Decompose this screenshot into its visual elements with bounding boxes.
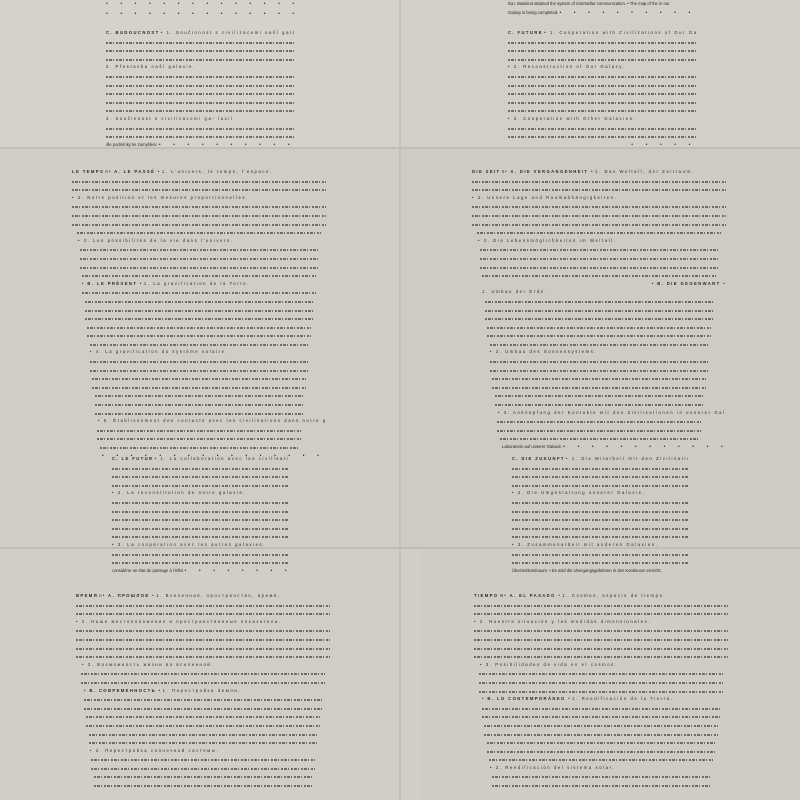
- subheading: • 2. Notre position et les mesures propo…: [72, 195, 249, 200]
- text-line: [87, 323, 311, 332]
- subheading: • 1. Die Mitarbeit mit den Zivilisatione…: [566, 456, 688, 461]
- text-line: [72, 185, 326, 194]
- text-line: [80, 263, 319, 272]
- text-line: tion. Mankind attained the system of int…: [508, 0, 696, 9]
- text-line: [484, 721, 718, 730]
- text-line: [474, 601, 728, 610]
- text-line: [472, 185, 726, 194]
- text-line: [485, 297, 714, 306]
- text-line: [508, 124, 696, 133]
- text-line: [508, 72, 696, 81]
- czech-section: • • • • • • • • • • • • • • • • • • • • …: [106, 0, 294, 19]
- text-line: [508, 106, 696, 115]
- fold-line-vertical: [399, 0, 401, 800]
- text-line: [112, 472, 288, 481]
- text-line: [512, 524, 688, 533]
- text-line: [90, 340, 308, 349]
- english-section: tion. Mankind attained the system of int…: [508, 0, 696, 17]
- text-line: [497, 417, 700, 426]
- text-line: [76, 626, 330, 635]
- text-line: [106, 132, 294, 141]
- text-line: [487, 747, 716, 756]
- text-line: [112, 558, 288, 567]
- subheading: • 3. Les possibilités de la vie dans l'u…: [78, 238, 233, 243]
- subheading: • 1. La collaboration avec les civilisat…: [155, 456, 288, 461]
- roman-numeral: II: [502, 169, 504, 174]
- text-line: [95, 409, 303, 418]
- text-line: [91, 755, 315, 764]
- text-line: [512, 498, 688, 507]
- text-line: [492, 374, 705, 383]
- subheading: • 2. Перестройка солнечной системы.: [90, 748, 219, 753]
- text-line: [76, 609, 330, 618]
- section-heading: C. LE FUTUR: [112, 456, 153, 461]
- text-line: [81, 669, 325, 678]
- text-line: [472, 177, 726, 186]
- text-line: [95, 391, 303, 400]
- text-line: [474, 609, 728, 618]
- last-line: considérer un état de passage à l'infini: [112, 568, 183, 573]
- subheading: 1. Перестройка Земли.: [163, 688, 241, 693]
- text-line: [77, 228, 321, 237]
- text-line: [490, 366, 708, 375]
- text-line: [112, 532, 288, 541]
- text-line: [76, 635, 330, 644]
- text-line: [112, 550, 288, 559]
- text-line: [479, 678, 723, 687]
- subheading: • 3. Anknüpfung der Kontakte mit den Ziv…: [498, 410, 726, 415]
- text-line: [512, 550, 688, 559]
- last-line: dle podmínky ke zamyšlení.: [106, 142, 158, 147]
- text-line: [106, 124, 294, 133]
- text-line: [86, 721, 320, 730]
- end-dots: • • • • •: [631, 141, 696, 150]
- subheading: • 1. Cooperation with Civilizations of O…: [544, 30, 696, 35]
- text-line: [90, 366, 308, 375]
- subheading: • 4. La gravification du système solaire…: [90, 349, 228, 354]
- text-line: [84, 704, 323, 713]
- text-line: [97, 426, 300, 435]
- text-line: [508, 132, 696, 141]
- text-line: [512, 515, 688, 524]
- text-line: [480, 245, 719, 254]
- text-line: [508, 98, 696, 107]
- text-line: [472, 211, 726, 220]
- text-line: [82, 271, 316, 280]
- text-line: [106, 38, 294, 47]
- subheading: 1. Umbau der Erde.: [482, 289, 547, 294]
- text-line: [512, 507, 688, 516]
- text-line: [495, 391, 703, 400]
- end-dots: • • • • • • • • • •: [185, 568, 288, 574]
- text-line: [479, 669, 723, 678]
- subheading: • A. EL PASADO •: [504, 593, 561, 598]
- subheading: 1. Das Weltall, der Zeitraum.: [595, 169, 694, 174]
- section-heading: ВРЕМЯ: [76, 593, 98, 598]
- subheading: • 2. Nuestra situación y las medidas dim…: [474, 619, 651, 624]
- subheading: • A. LE PASSÉ •: [109, 169, 161, 174]
- subheading: 2. Přestavba naší galaxie.: [106, 64, 196, 69]
- text-line: [89, 738, 318, 747]
- german-section: DIE ZEIT II • A. DIE VERGANGENHEIT • 1. …: [472, 168, 726, 452]
- section-heading: LE TEMPS: [72, 169, 104, 174]
- text-line: [72, 220, 326, 229]
- subheading: 1. Cosmos, espacio de tiempo.: [562, 593, 666, 598]
- text-line: [84, 695, 323, 704]
- text-line: [112, 515, 288, 524]
- subheading: • 3. Возможность жизни во вселенной.: [82, 662, 214, 667]
- subheading: • 2. Unsere Lage und Raumabhängigkeiten.: [472, 195, 617, 200]
- text-line: [106, 81, 294, 90]
- text-line: [492, 383, 705, 392]
- text-line: [497, 426, 700, 435]
- text-line: [94, 772, 312, 781]
- text-line: [76, 601, 330, 610]
- text-line: [82, 288, 316, 297]
- end-dots: • • • • • • • • • • • • • •: [559, 10, 696, 16]
- text-line: [472, 220, 726, 229]
- text-line: [512, 472, 688, 481]
- end-dots: • • • • • • • • • • • • • •: [563, 444, 726, 450]
- text-line: [474, 644, 728, 653]
- text-line: [91, 764, 315, 773]
- text-line: [490, 357, 708, 366]
- subheading: • 3. Posibilidades de vida en el cosmos.: [480, 662, 618, 667]
- text-line: [106, 106, 294, 115]
- text-line: [482, 271, 716, 280]
- text-line: [106, 72, 294, 81]
- subheading: • 2. Die Umgestaltung unserer Galaxie.: [512, 490, 645, 495]
- text-line: [95, 400, 303, 409]
- text-line: [97, 434, 300, 443]
- last-line: Überzeitkontinuum. • Es wird die Ubergan…: [512, 567, 688, 576]
- section-heading: C. FUTURE: [508, 30, 543, 35]
- french-section: LE TEMPS II • A. LE PASSÉ • 1. L'univers…: [72, 168, 326, 460]
- subheading: • B. DIE GEGENWART •: [652, 281, 726, 286]
- subheading: • 2. Reconstruction of Our Galaxy.: [508, 64, 625, 69]
- subheading: • 3. Cooperation with Other Galaxies.: [508, 116, 636, 121]
- subheading: • 2. Umbau des Sonnensystems.: [490, 349, 597, 354]
- text-line: [76, 652, 330, 661]
- subheading: 3. Součinnost s civilizacemi ga- laxií.: [106, 116, 236, 121]
- text-line: [490, 340, 708, 349]
- text-line: [81, 678, 325, 687]
- text-line: [85, 314, 314, 323]
- text-line: [90, 357, 308, 366]
- text-line: [489, 755, 713, 764]
- end-dots: • • • • • • • • • • • • • •: [159, 142, 294, 148]
- subheading: • A. DIE VERGANGENHEIT •: [505, 169, 594, 174]
- text-line: [80, 254, 319, 263]
- text-line: [86, 712, 320, 721]
- text-line: [89, 730, 318, 739]
- subheading: 1. Reedificación de la Tierra.: [572, 696, 673, 701]
- text-line: [112, 481, 288, 490]
- text-line: Galaxy is being completed.: [508, 10, 558, 15]
- subheading: • B. СОВРЕМЕННОСТЬ •: [84, 688, 161, 693]
- text-line: [474, 626, 728, 635]
- section-heading: C. DIE ZUKUNFT: [512, 456, 565, 461]
- subheading: • 3. Zusammenarbeit mit anderen Galaxien…: [512, 542, 658, 547]
- continuation-dots: • • • • • • • • • • • • • • • • • • • • …: [106, 10, 294, 19]
- text-line: [512, 481, 688, 490]
- subheading: 1. La gravification de la Terre.: [144, 281, 250, 286]
- last-line: Laboratorie auf unserer Galaxie.: [502, 444, 562, 449]
- text-line: [508, 81, 696, 90]
- text-line: [477, 228, 721, 237]
- text-line: [480, 263, 719, 272]
- text-line: [72, 202, 326, 211]
- section-heading: TIEMPO: [474, 593, 498, 598]
- text-line: [480, 254, 719, 263]
- text-line: [485, 314, 714, 323]
- text-line: [112, 524, 288, 533]
- subheading: 1. Вселенная, пространство, время.: [156, 593, 280, 598]
- text-line: [500, 434, 698, 443]
- french-future-block: C. LE FUTUR • 1. La collaboration avec l…: [112, 455, 288, 575]
- text-line: [512, 464, 688, 473]
- roman-numeral: III: [500, 593, 504, 598]
- section-heading: C. BUDOUCNOST: [106, 30, 160, 35]
- russian-section: ВРЕМЯ II • A. ПРОШЛОЕ • 1. Вселенная, пр…: [76, 592, 330, 790]
- subheading: • 5. Établissement des contacts avec les…: [98, 418, 326, 423]
- text-line: [94, 781, 312, 790]
- text-line: [492, 772, 710, 781]
- text-line: [87, 331, 311, 340]
- roman-numeral: II: [105, 169, 107, 174]
- german-future-block: C. DIE ZUKUNFT • 1. Die Mitarbeit mit de…: [512, 455, 688, 575]
- subheading: • 2. Reedificación del sistema solar.: [490, 765, 615, 770]
- text-line: [72, 177, 326, 186]
- roman-numeral: II: [99, 593, 101, 598]
- text-line: [474, 652, 728, 661]
- text-line: [85, 306, 314, 315]
- text-line: [85, 297, 314, 306]
- text-line: [508, 46, 696, 55]
- text-line: [487, 738, 716, 747]
- text-line: [106, 98, 294, 107]
- subheading: • B. LE PRÉSENT •: [82, 281, 143, 286]
- subheading: 1. L'univers, le temps, l'espace.: [162, 169, 273, 174]
- text-line: [112, 464, 288, 473]
- text-line: [482, 712, 721, 721]
- text-line: [482, 704, 721, 713]
- english-future-block: C. FUTURE • 1. Cooperation with Civiliza…: [508, 29, 696, 149]
- text-line: [72, 211, 326, 220]
- text-line: [472, 202, 726, 211]
- text-line: [479, 687, 723, 696]
- continuation-dots: • • • • • • • • • • • • • • • • • • • • …: [106, 0, 294, 9]
- subheading: • 3. La coopération avec les autres gala…: [112, 542, 266, 547]
- text-line: [508, 55, 696, 64]
- text-line: [112, 507, 288, 516]
- text-line: [92, 383, 305, 392]
- text-line: [512, 558, 688, 567]
- text-line: [508, 38, 696, 47]
- text-line: [508, 89, 696, 98]
- text-line: [484, 730, 718, 739]
- subheading: • A. ПРОШЛОЕ •: [103, 593, 155, 598]
- text-line: [106, 46, 294, 55]
- text-line: [76, 644, 330, 653]
- text-line: [100, 443, 298, 452]
- subheading: • 1. Součinnost s civilizacemi naší gala…: [161, 30, 294, 35]
- subheading: • 2. La reconstitution de notre galaxie.: [112, 490, 246, 495]
- text-line: [512, 532, 688, 541]
- subheading: • 2. Наше местоположение и пространствен…: [76, 619, 282, 624]
- text-line: [495, 400, 703, 409]
- text-line: [106, 89, 294, 98]
- text-line: [485, 306, 714, 315]
- text-line: [487, 331, 711, 340]
- subheading: • B. LO CONTEMPORÁNEO •: [482, 696, 571, 701]
- text-line: [80, 245, 319, 254]
- czech-future-block: C. BUDOUCNOST • 1. Součinnost s civiliza…: [106, 29, 294, 149]
- text-line: [106, 55, 294, 64]
- text-line: [112, 498, 288, 507]
- spanish-section: TIEMPO III • A. EL PASADO • 1. Cosmos, e…: [474, 592, 728, 790]
- text-line: [92, 374, 305, 383]
- text-line: [492, 781, 710, 790]
- subheading: • 3. Die Lebensmöglichkeiten im Weltall.: [478, 238, 616, 243]
- section-heading: DIE ZEIT: [472, 169, 500, 174]
- text-line: [474, 635, 728, 644]
- text-line: [487, 323, 711, 332]
